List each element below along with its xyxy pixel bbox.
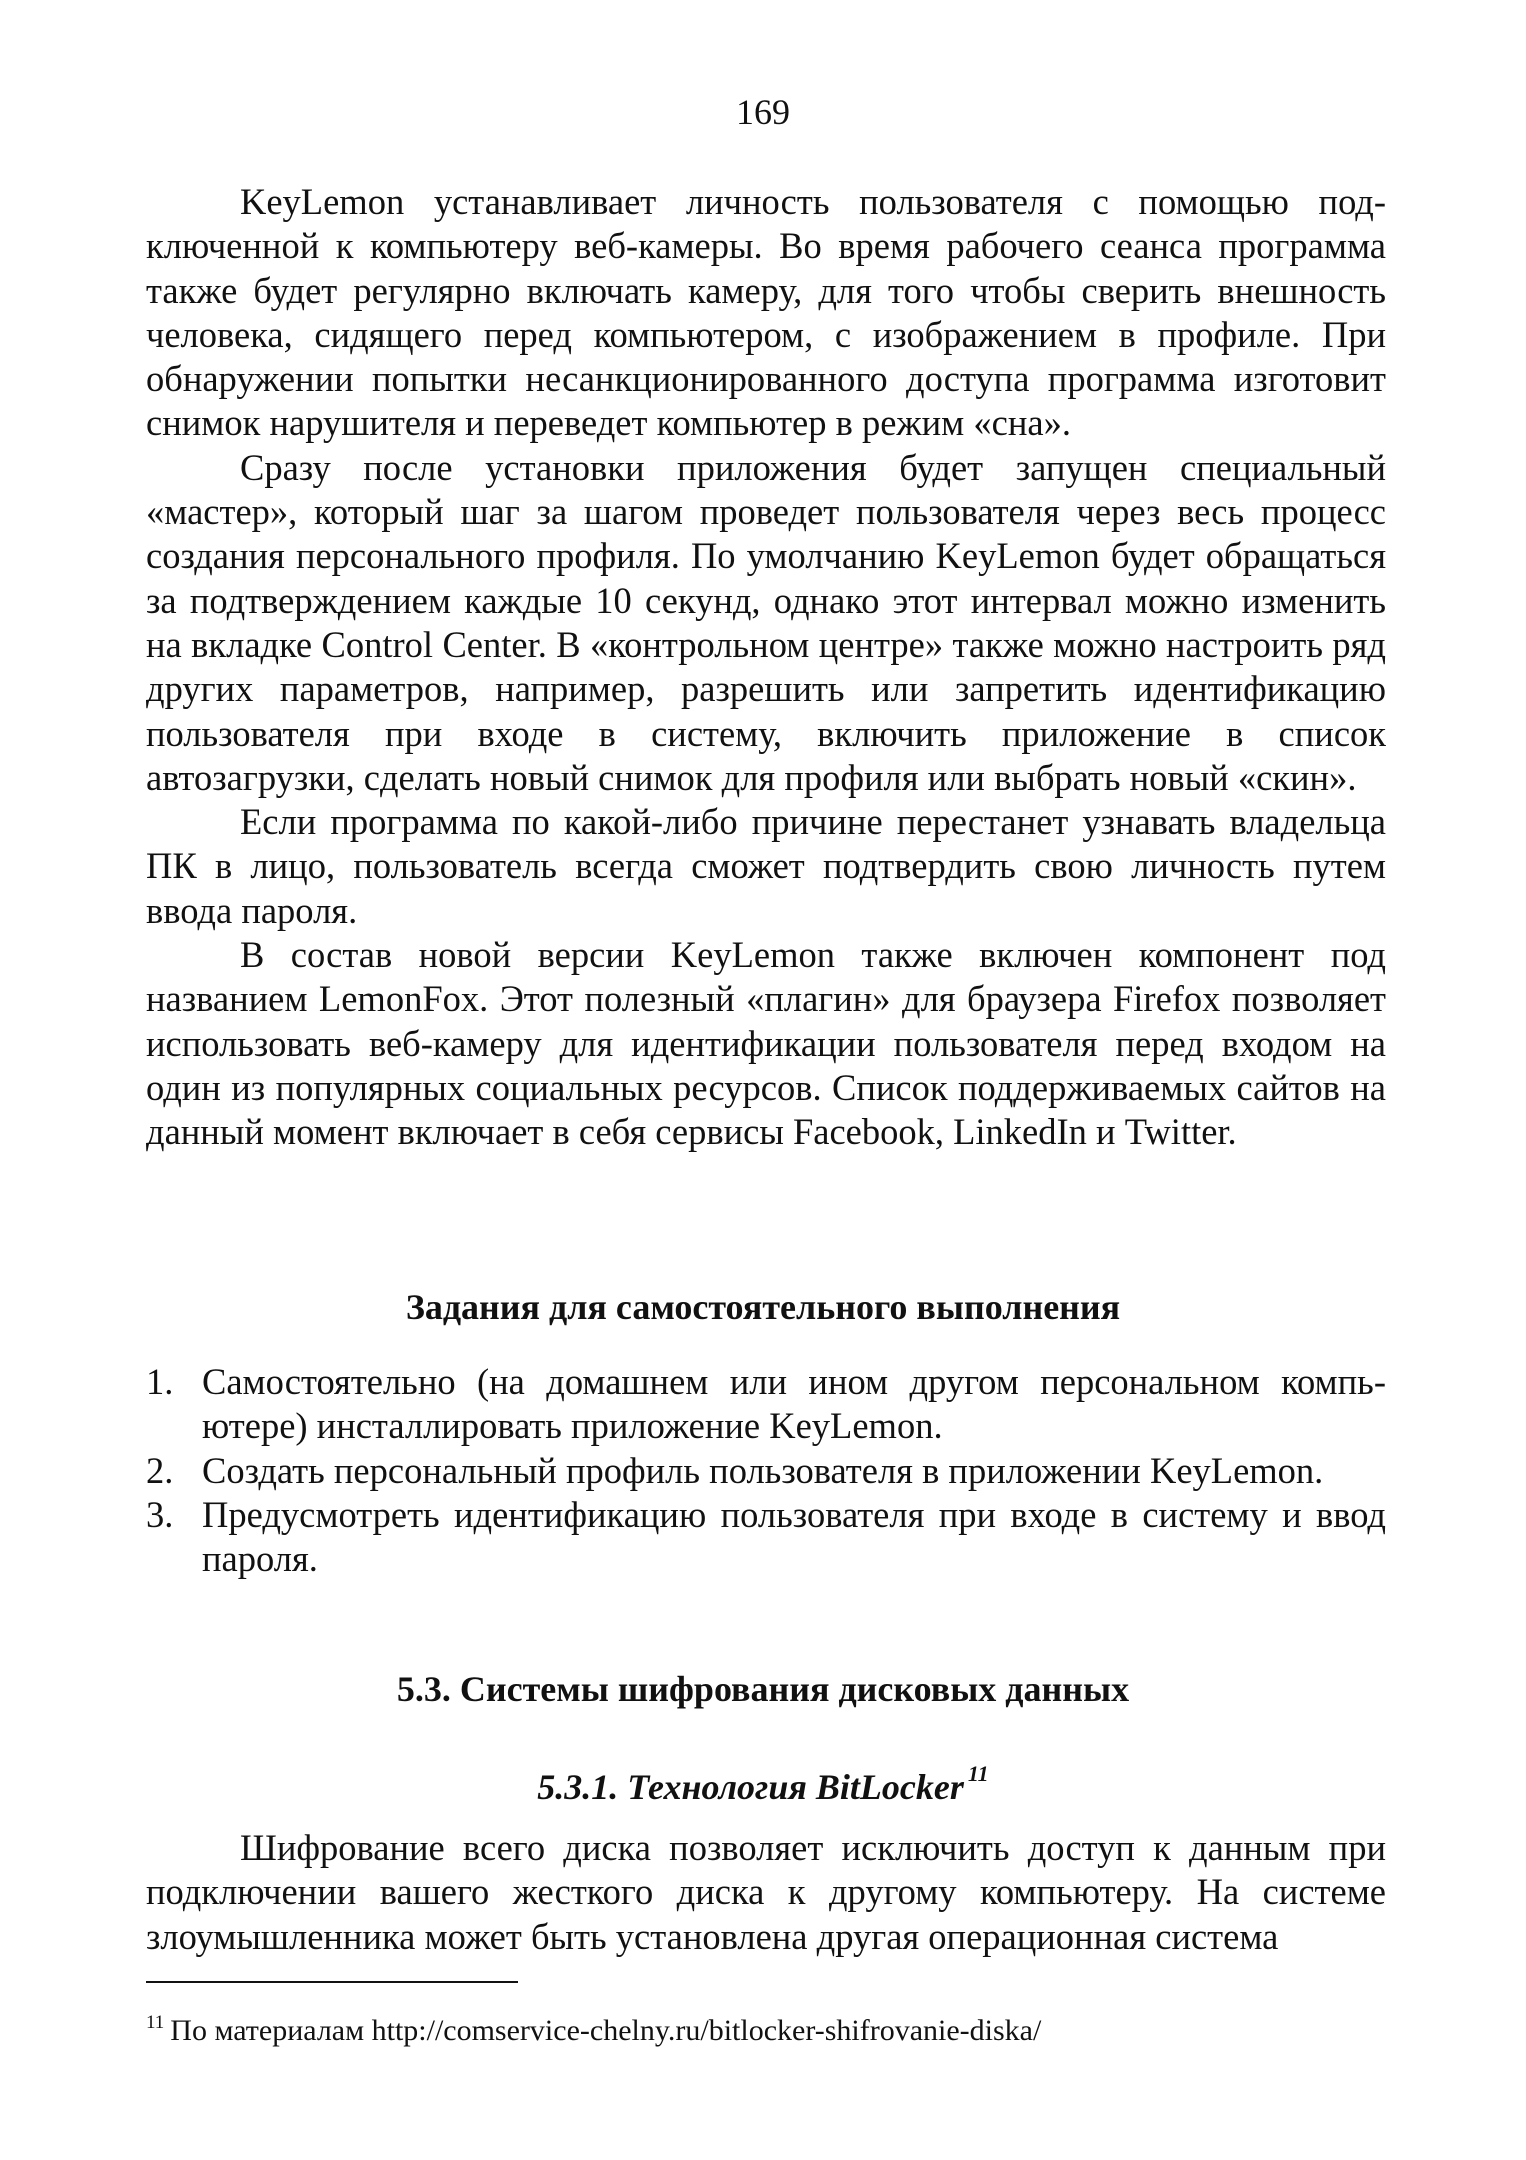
subsection-title: 5.3.1. Технология BitLocker (537, 1767, 964, 1807)
task-text: Самостоятельно (на домашнем или ином дру… (202, 1361, 1386, 1446)
task-text: Создать персональный профиль пользовател… (202, 1450, 1323, 1491)
task-text: Предусмотреть идентификацию пользователя… (202, 1494, 1386, 1579)
paragraph-keylemon-identity: KeyLemon устанавливает личность пользова… (146, 180, 1386, 446)
footnote-marker: 11 (146, 2012, 164, 2033)
page-number: 169 (0, 92, 1526, 132)
subsection-heading: 5.3.1. Технология BitLocker11 (0, 1752, 1526, 1809)
footnote-divider (146, 1981, 518, 1983)
paragraph-disk-encryption: Шифрование всего диска позволяет исключи… (146, 1826, 1386, 1959)
task-number: 2. (146, 1449, 173, 1493)
task-item: 1. Самостоятельно (на домашнем или ином … (146, 1360, 1386, 1449)
task-list: 1. Самостоятельно (на домашнем или ином … (146, 1360, 1386, 1581)
footnote-text: По материалам http://comservice-chelny.r… (170, 2014, 1041, 2047)
task-item: 2. Создать персональный профиль пользова… (146, 1449, 1386, 1493)
section-heading: 5.3. Системы шифрования дисковых данных (0, 1667, 1526, 1711)
body-text: KeyLemon устанавливает личность пользова… (146, 180, 1386, 1155)
footnote: 11По материалам http://comservice-chelny… (146, 2005, 1386, 2049)
task-number: 1. (146, 1360, 173, 1404)
task-item: 3. Предусмотреть идентификацию пользоват… (146, 1493, 1386, 1582)
tasks-heading: Задания для самостоятельного выполнения (0, 1285, 1526, 1329)
section-body: Шифрование всего диска позволяет исключи… (146, 1826, 1386, 1959)
paragraph-password-fallback: Если программа по какой-либо причине пер… (146, 800, 1386, 933)
paragraph-setup-wizard: Сразу после установки приложения будет з… (146, 446, 1386, 800)
task-number: 3. (146, 1493, 173, 1537)
footnote-reference[interactable]: 11 (968, 1761, 989, 1786)
paragraph-lemonfox: В состав новой версии KeyLemon также вкл… (146, 933, 1386, 1154)
